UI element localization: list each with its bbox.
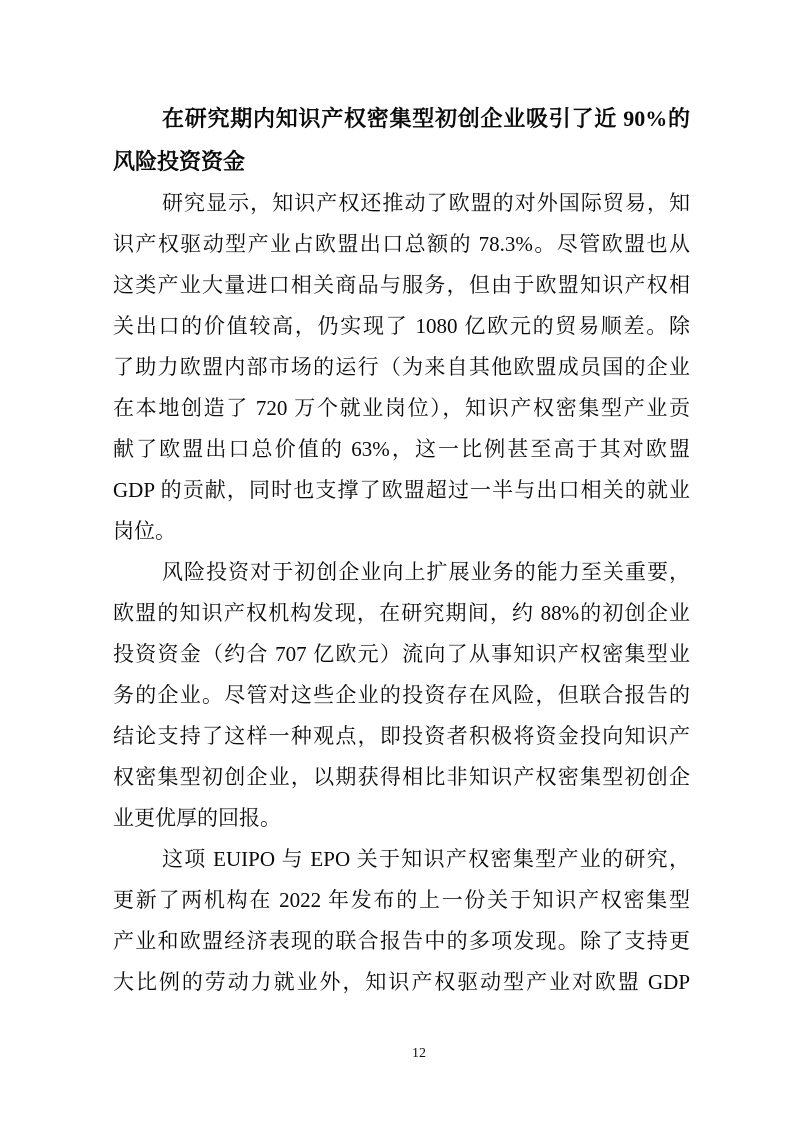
body-line: 研究显示，知识产权还推动了欧盟的对外国际贸易，知 bbox=[113, 183, 690, 224]
body-line: 权密集型初创企业，以期获得相比非知识产权密集型初创企 bbox=[113, 757, 690, 798]
body-line: 结论支持了这样一种观点，即投资者积极将资金投向知识产 bbox=[113, 716, 690, 757]
body-line: 岗位。 bbox=[113, 511, 690, 552]
paragraph: 研究显示，知识产权还推动了欧盟的对外国际贸易，知 识产权驱动型产业占欧盟出口总额… bbox=[113, 183, 690, 552]
body-line: 识产权驱动型产业占欧盟出口总额的 78.3%。尽管欧盟也从 bbox=[113, 224, 690, 265]
body-line: GDP 的贡献，同时也支撑了欧盟超过一半与出口相关的就业 bbox=[113, 470, 690, 511]
body-line: 欧盟的知识产权机构发现，在研究期间，约 88%的初创企业 bbox=[113, 593, 690, 634]
body-line: 风险投资对于初创企业向上扩展业务的能力至关重要， bbox=[113, 552, 690, 593]
body-line: 献了欧盟出口总价值的 63%，这一比例甚至高于其对欧盟 bbox=[113, 429, 690, 470]
page-number: 12 bbox=[412, 1045, 426, 1063]
body-line: 在本地创造了 720 万个就业岗位），知识产权密集型产业贡 bbox=[113, 388, 690, 429]
heading-line: 在研究期内知识产权密集型初创企业吸引了近 90%的 bbox=[113, 97, 690, 140]
body-line: 关出口的价值较高，仍实现了 1080 亿欧元的贸易顺差。除 bbox=[113, 306, 690, 347]
page-content: 在研究期内知识产权密集型初创企业吸引了近 90%的 风险投资资金 研究显示，知识… bbox=[113, 97, 690, 1003]
section-heading: 在研究期内知识产权密集型初创企业吸引了近 90%的 风险投资资金 bbox=[113, 97, 690, 183]
body-line: 务的企业。尽管对这些企业的投资存在风险，但联合报告的 bbox=[113, 675, 690, 716]
document-page: 在研究期内知识产权密集型初创企业吸引了近 90%的 风险投资资金 研究显示，知识… bbox=[0, 0, 793, 1122]
body-line: 业更优厚的回报。 bbox=[113, 798, 690, 839]
body-line: 投资资金（约合 707 亿欧元）流向了从事知识产权密集型业 bbox=[113, 634, 690, 675]
body-line: 这类产业大量进口相关商品与服务，但由于欧盟知识产权相 bbox=[113, 265, 690, 306]
paragraph: 风险投资对于初创企业向上扩展业务的能力至关重要， 欧盟的知识产权机构发现，在研究… bbox=[113, 552, 690, 839]
body-line: 大比例的劳动力就业外，知识产权驱动型产业对欧盟 GDP bbox=[113, 962, 690, 1003]
heading-line: 风险投资资金 bbox=[113, 140, 690, 183]
body-line: 产业和欧盟经济表现的联合报告中的多项发现。除了支持更 bbox=[113, 921, 690, 962]
body-line: 更新了两机构在 2022 年发布的上一份关于知识产权密集型 bbox=[113, 880, 690, 921]
body-line: 这项 EUIPO 与 EPO 关于知识产权密集型产业的研究， bbox=[113, 839, 690, 880]
paragraph: 这项 EUIPO 与 EPO 关于知识产权密集型产业的研究， 更新了两机构在 2… bbox=[113, 839, 690, 1003]
body-line: 了助力欧盟内部市场的运行（为来自其他欧盟成员国的企业 bbox=[113, 347, 690, 388]
